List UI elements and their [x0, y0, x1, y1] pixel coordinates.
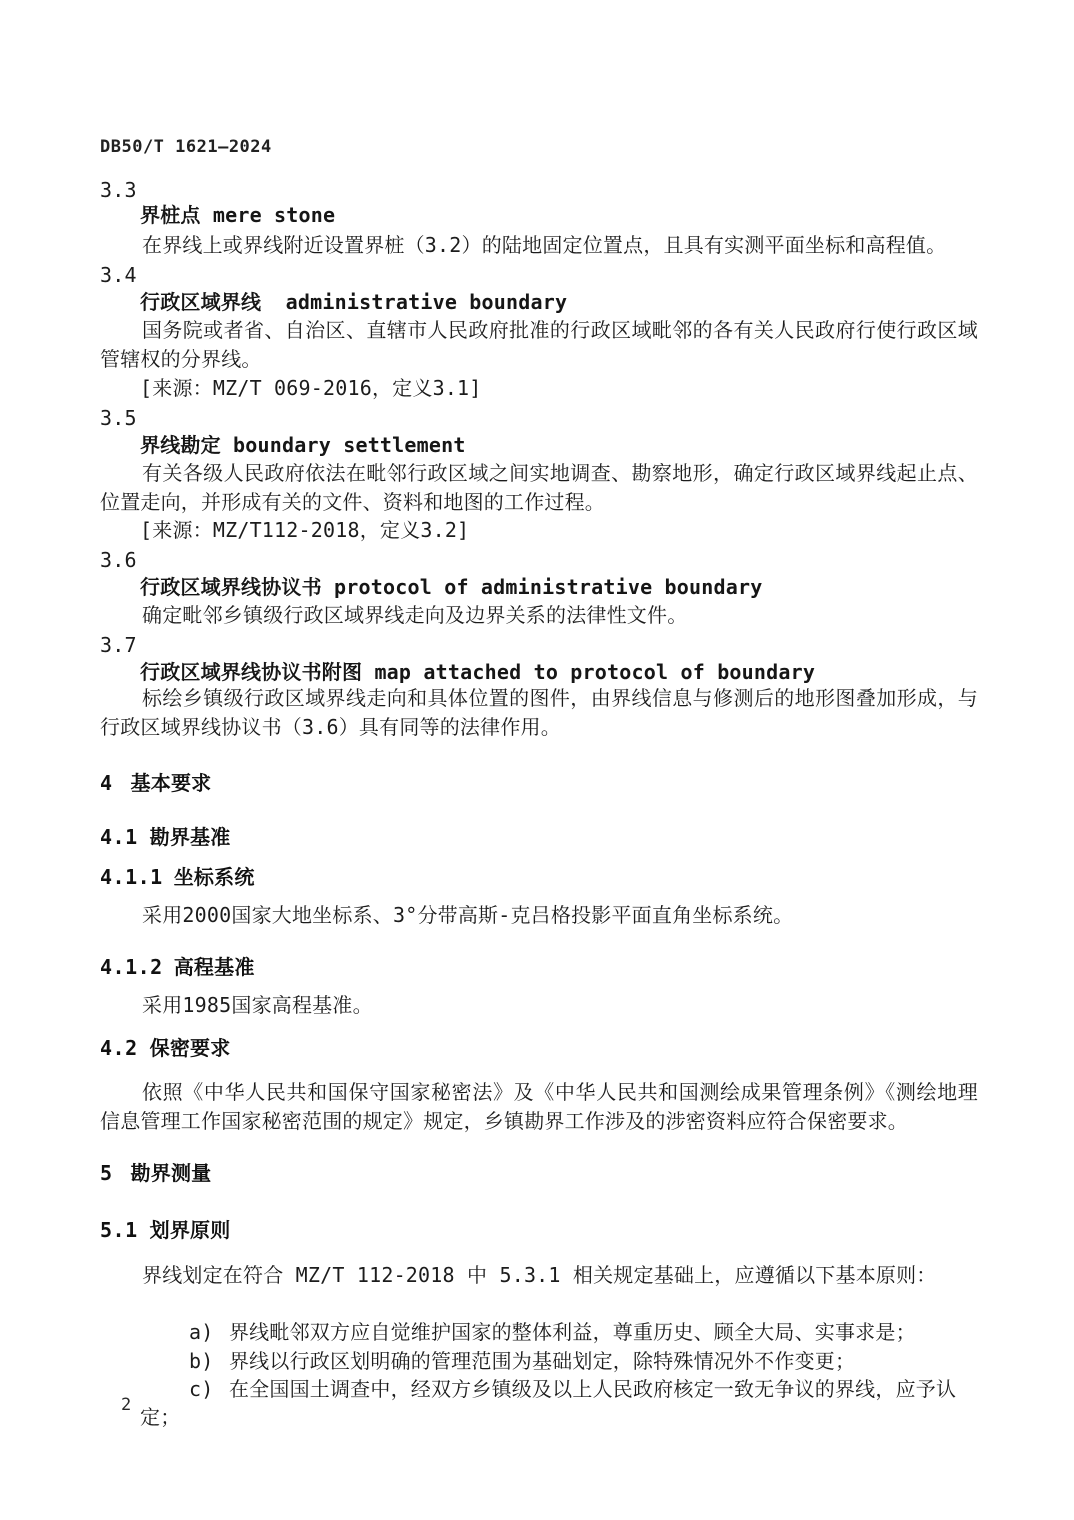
section-number: 4.1: [100, 823, 138, 851]
section-title: 高程基准: [174, 955, 255, 979]
definition-mere-stone: 在界线上或界线附近设置界桩（3.2）的陆地固定位置点，且具有实测平面坐标和高程值…: [100, 231, 978, 260]
clause-number-3-7: 3.7: [100, 631, 978, 660]
clause-number-3-4: 3.4: [100, 261, 978, 290]
section-number: 5.1: [100, 1216, 138, 1244]
clause-number-3-6: 3.6: [100, 546, 978, 575]
section-heading-4-1-2: 4.1.2高程基准: [100, 953, 978, 981]
section-heading-4-1: 4.1勘界基准: [100, 823, 978, 851]
section-number: 4.1.2: [100, 953, 163, 981]
section-heading-4: 4基本要求: [100, 769, 978, 797]
term-heading-boundary-settlement: 界线勘定 boundary settlement: [140, 431, 978, 460]
section-title: 基本要求: [131, 771, 212, 795]
definition-boundary-settlement: 有关各级人民政府依法在毗邻行政区域之间实地调查、勘察地形，确定行政区域界线起止点…: [100, 459, 978, 516]
section-number: 4.1.1: [100, 863, 163, 891]
definition-map-attached: 标绘乡镇级行政区域界线走向和具体位置的图件，由界线信息与修测后的地形图叠加形成，…: [100, 684, 978, 741]
list-item-text: 在全国国土调查中，经双方乡镇级及以上人民政府核定一致无争议的界线，应予认定；: [140, 1377, 956, 1430]
section-number: 5: [100, 1159, 113, 1187]
section-title: 保密要求: [150, 1036, 231, 1060]
paragraph-confidentiality: 依照《中华人民共和国保守国家秘密法》及《中华人民共和国测绘成果管理条例》《测绘地…: [100, 1078, 978, 1135]
definition-administrative-boundary: 国务院或者省、自治区、直辖市人民政府批准的行政区域毗邻的各有关人民政府行使行政区…: [100, 316, 978, 373]
term-heading-map-attached: 行政区域界线协议书附图 map attached to protocol of …: [140, 658, 978, 687]
list-item-c: c)在全国国土调查中，经双方乡镇级及以上人民政府核定一致无争议的界线，应予认定；: [140, 1346, 978, 1460]
section-title: 划界原则: [150, 1218, 231, 1242]
section-title: 勘界测量: [131, 1161, 212, 1185]
section-title: 坐标系统: [174, 865, 255, 889]
source-note-mzt-069: [来源：MZ/T 069-2016，定义3.1]: [140, 374, 978, 403]
paragraph-coordinate-system: 采用2000国家大地坐标系、3°分带高斯-克吕格投影平面直角坐标系统。: [100, 901, 978, 930]
paragraph-height-datum: 采用1985国家高程基准。: [100, 991, 978, 1020]
clause-number-3-5: 3.5: [100, 404, 978, 433]
definition-protocol: 确定毗邻乡镇级行政区域界线走向及边界关系的法律性文件。: [100, 601, 978, 630]
term-heading-protocol: 行政区域界线协议书 protocol of administrative bou…: [140, 573, 978, 602]
document-code-header: DB50/T 1621—2024: [100, 136, 978, 158]
page-number: 2: [121, 1394, 181, 1416]
section-number: 4.2: [100, 1034, 138, 1062]
document-page: DB50/T 1621—2024 3.3 界桩点 mere stone 在界线上…: [0, 0, 1074, 1520]
term-heading-administrative-boundary: 行政区域界线 administrative boundary: [140, 288, 978, 317]
list-marker: c): [189, 1375, 229, 1404]
source-note-mzt-112: [来源：MZ/T112-2018，定义3.2]: [140, 516, 978, 545]
section-heading-5-1: 5.1划界原则: [100, 1216, 978, 1244]
section-heading-5: 5勘界测量: [100, 1159, 978, 1187]
section-heading-4-2: 4.2保密要求: [100, 1034, 978, 1062]
section-number: 4: [100, 769, 113, 797]
paragraph-boundary-principles: 界线划定在符合 MZ/T 112-2018 中 5.3.1 相关规定基础上，应遵…: [100, 1261, 978, 1290]
term-heading-mere-stone: 界桩点 mere stone: [140, 201, 978, 230]
section-heading-4-1-1: 4.1.1坐标系统: [100, 863, 978, 891]
section-title: 勘界基准: [150, 825, 231, 849]
